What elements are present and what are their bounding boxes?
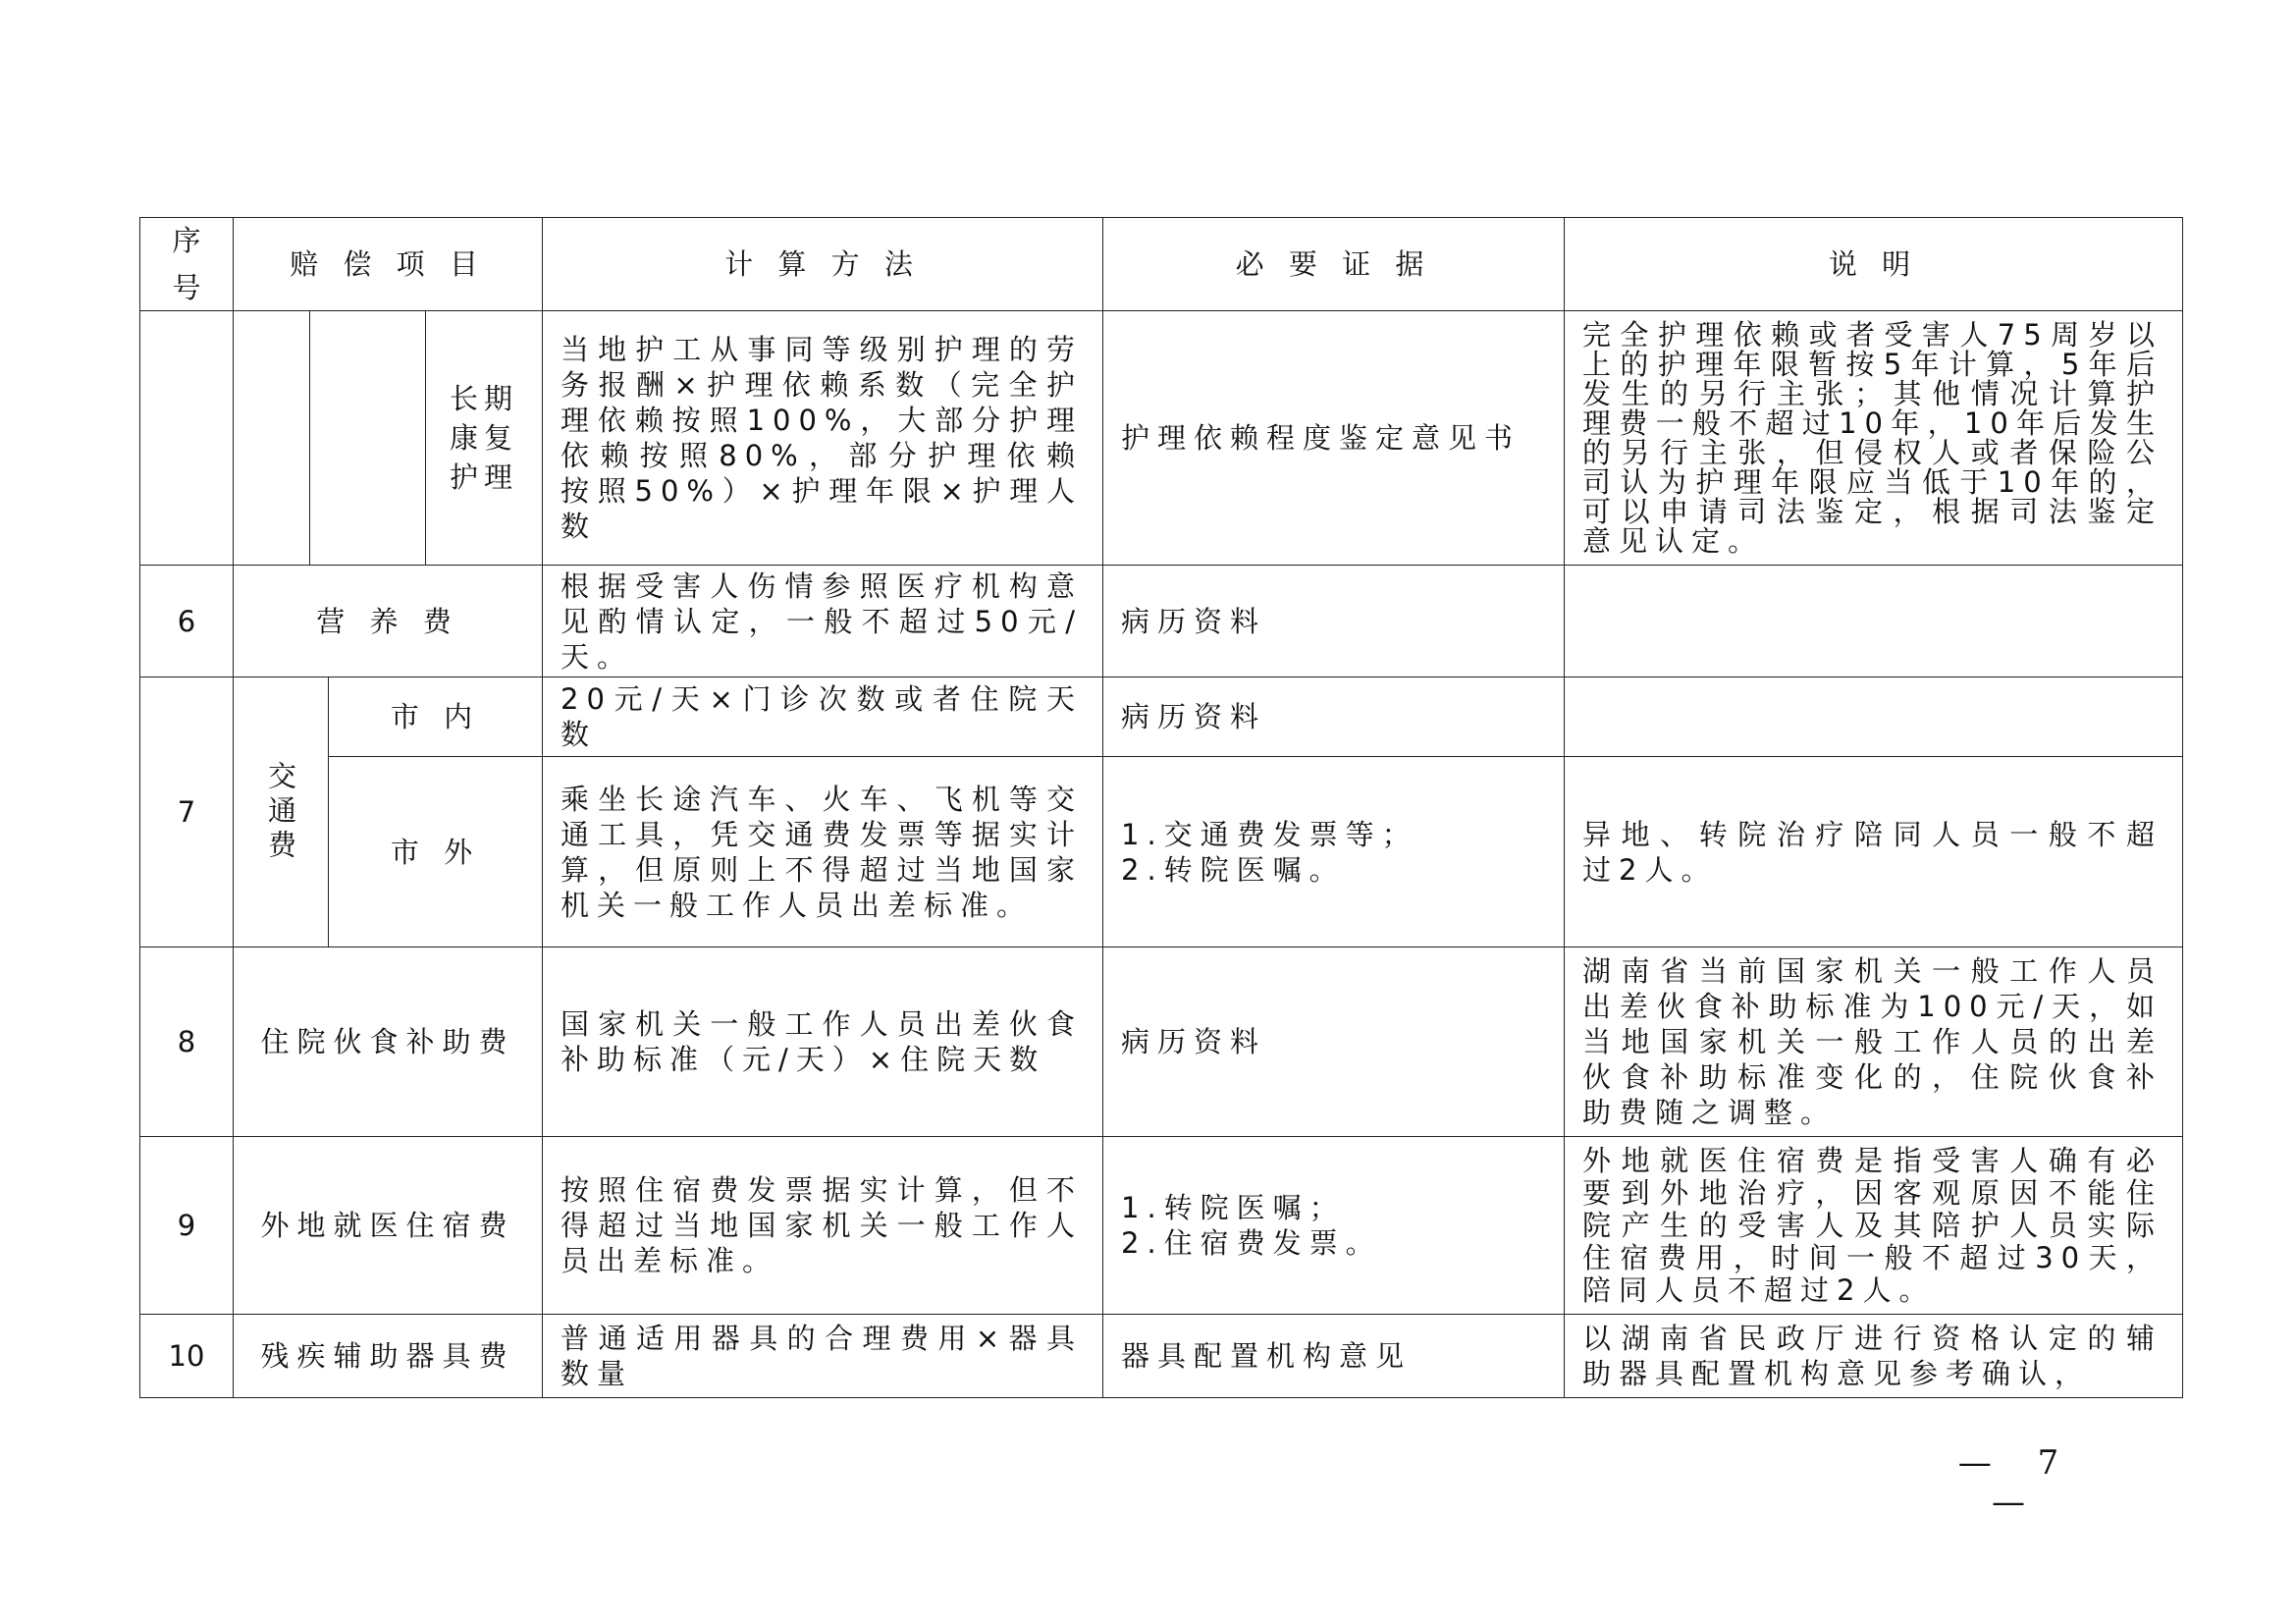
- seq-value: 9: [178, 1208, 195, 1243]
- evidence-cell: 病历资料: [1102, 947, 1565, 1137]
- notes-cell: 完全护理依赖或者受害人75周岁以上的护理年限暂按5年计算，5年后发生的另行主张；…: [1564, 310, 2183, 566]
- header-evidence: 必 要 证 据: [1102, 217, 1565, 311]
- table-row-8-seq: 8: [139, 947, 234, 1137]
- item-label: 残疾辅助器具费: [260, 1338, 514, 1374]
- evidence-cell: 病历资料: [1102, 565, 1565, 677]
- notes-text: 异地、转院治疗陪同人员一般不超过2人。: [1582, 817, 2163, 888]
- evidence-text: 器具配置机构意见: [1121, 1338, 1412, 1374]
- notes-cell: 以湖南省民政厅进行资格认定的辅助器具配置机构意见参考确认，: [1564, 1314, 2183, 1398]
- table-row-9-seq: 9: [139, 1136, 234, 1315]
- method-cell: 根据受害人伤情参照医疗机构意见酌情认定，一般不超过50元/天。: [542, 565, 1103, 677]
- seq-value: 6: [178, 604, 195, 639]
- table-row-7-seq: 7: [139, 677, 234, 947]
- notes-text: 以湖南省民政厅进行资格认定的辅助器具配置机构意见参考确认，: [1582, 1321, 2163, 1391]
- item-label: 住院伙食补助费: [260, 1024, 514, 1059]
- notes-cell: 外地就医住宿费是指受害人确有必要到外地治疗，因客观原因不能住院产生的受害人及其陪…: [1564, 1136, 2183, 1315]
- item-label: 长期 康复 护理: [450, 379, 518, 497]
- evidence-text: 1.交通费发票等； 2.转院医嘱。: [1121, 817, 1418, 888]
- table-row-10-seq: 10: [139, 1314, 234, 1398]
- item-label: 营 养 费: [316, 604, 458, 639]
- item-label: 交通费: [263, 761, 298, 864]
- notes-cell: [1564, 565, 2183, 677]
- method-text: 20元/天×门诊次数或者住院天数: [561, 681, 1083, 752]
- header-evidence-label: 必 要 证 据: [1236, 246, 1432, 282]
- sub-item-label: 市 内: [391, 699, 480, 734]
- notes-text: 外地就医住宿费是指受害人确有必要到外地治疗，因客观原因不能住院产生的受害人及其陪…: [1582, 1145, 2163, 1307]
- compensation-table: 序 号 赔 偿 项 目 计 算 方 法 必 要 证 据 说 明 长期 康复 护理…: [139, 217, 2183, 1397]
- header-item-label: 赔 偿 项 目: [290, 246, 486, 282]
- evidence-text: 1.转院医嘱； 2.住宿费发票。: [1121, 1190, 1382, 1261]
- seq-value: 7: [178, 794, 195, 830]
- notes-text: 湖南省当前国家机关一般工作人员出差伙食补助标准为100元/天，如当地国家机关一般…: [1582, 953, 2163, 1130]
- header-notes-label: 说 明: [1829, 246, 1918, 282]
- method-text: 国家机关一般工作人员出差伙食补助标准（元/天）×住院天数: [561, 1006, 1083, 1077]
- item-sub-cell: [309, 310, 426, 566]
- notes-cell: [1564, 677, 2183, 757]
- evidence-cell: 1.转院医嘱； 2.住宿费发票。: [1102, 1136, 1565, 1315]
- sub-item-label: 市 外: [391, 835, 480, 870]
- method-text: 乘坐长途汽车、火车、飞机等交通工具，凭交通费发票等据实计算，但原则上不得超过当地…: [561, 782, 1083, 923]
- method-cell: 国家机关一般工作人员出差伙食补助标准（元/天）×住院天数: [542, 947, 1103, 1137]
- header-method: 计 算 方 法: [542, 217, 1103, 311]
- evidence-text: 护理依赖程度鉴定意见书: [1121, 420, 1521, 456]
- notes-cell: 湖南省当前国家机关一般工作人员出差伙食补助标准为100元/天，如当地国家机关一般…: [1564, 947, 2183, 1137]
- evidence-cell: 护理依赖程度鉴定意见书: [1102, 310, 1565, 566]
- page-number: — 7 —: [1919, 1443, 2115, 1522]
- method-text: 根据受害人伤情参照医疗机构意见酌情认定，一般不超过50元/天。: [561, 568, 1083, 675]
- notes-text: 完全护理依赖或者受害人75周岁以上的护理年限暂按5年计算，5年后发生的另行主张；…: [1582, 320, 2163, 556]
- evidence-text: 病历资料: [1121, 1024, 1266, 1059]
- method-text: 当地护工从事同等级别护理的劳务报酬×护理依赖系数（完全护理依赖按照100%，大部…: [561, 332, 1083, 544]
- method-text: 按照住宿费发票据实计算，但不得超过当地国家机关一般工作人员出差标准。: [561, 1172, 1083, 1278]
- seq-value: 10: [169, 1338, 205, 1374]
- item-offsite-lodging-fee: 外地就医住宿费: [233, 1136, 543, 1315]
- evidence-text: 病历资料: [1121, 604, 1266, 639]
- method-cell: 当地护工从事同等级别护理的劳务报酬×护理依赖系数（完全护理依赖按照100%，大部…: [542, 310, 1103, 566]
- item-disability-aids-fee: 残疾辅助器具费: [233, 1314, 543, 1398]
- method-cell: 按照住宿费发票据实计算，但不得超过当地国家机关一般工作人员出差标准。: [542, 1136, 1103, 1315]
- item-transport-intracity: 市 内: [328, 677, 543, 757]
- item-label: 外地就医住宿费: [260, 1208, 514, 1243]
- item-long-term-rehab-care: 长期 康复 护理: [425, 310, 543, 566]
- evidence-cell: 器具配置机构意见: [1102, 1314, 1565, 1398]
- evidence-cell: 病历资料: [1102, 677, 1565, 757]
- header-seq: 序 号: [139, 217, 234, 311]
- evidence-cell: 1.交通费发票等； 2.转院医嘱。: [1102, 756, 1565, 947]
- method-cell: 普通适用器具的合理费用×器具数量: [542, 1314, 1103, 1398]
- method-text: 普通适用器具的合理费用×器具数量: [561, 1321, 1083, 1391]
- table-row-cont-seq: [139, 310, 234, 566]
- header-notes: 说 明: [1564, 217, 2183, 311]
- evidence-text: 病历资料: [1121, 699, 1266, 734]
- seq-value: 8: [178, 1024, 195, 1059]
- item-transport-intercity: 市 外: [328, 756, 543, 947]
- item-transport-fee: 交通费: [233, 677, 329, 947]
- method-cell: 乘坐长途汽车、火车、飞机等交通工具，凭交通费发票等据实计算，但原则上不得超过当地…: [542, 756, 1103, 947]
- header-item: 赔 偿 项 目: [233, 217, 543, 311]
- item-nutrition-fee: 营 养 费: [233, 565, 543, 677]
- notes-cell: 异地、转院治疗陪同人员一般不超过2人。: [1564, 756, 2183, 947]
- header-method-label: 计 算 方 法: [724, 246, 921, 282]
- method-cell: 20元/天×门诊次数或者住院天数: [542, 677, 1103, 757]
- header-seq-label: 序 号: [172, 217, 200, 311]
- table-row-6-seq: 6: [139, 565, 234, 677]
- item-hospital-meal-allowance: 住院伙食补助费: [233, 947, 543, 1137]
- item-parent-cell: [233, 310, 310, 566]
